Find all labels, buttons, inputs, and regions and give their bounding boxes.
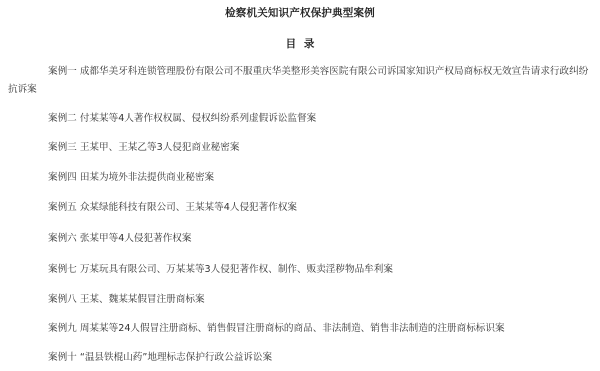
- case-item-3: 案例三 王某甲、王某乙等3人侵犯商业秘密案: [8, 139, 592, 157]
- case-title: 张某甲等4人侵犯著作权案: [80, 233, 192, 244]
- case-title: 田某为境外非法提供商业秘密案: [80, 172, 214, 183]
- case-item-9: 案例九 周某某等24人假冒注册商标、销售假冒注册商标的商品、非法制造、销售非法制…: [8, 320, 592, 338]
- case-label: 案例九: [28, 320, 77, 338]
- case-label: 案例一: [28, 63, 77, 81]
- case-title: 周某某等24人假冒注册商标、销售假冒注册商标的商品、非法制造、销售非法制造的注册…: [80, 323, 505, 334]
- case-title: 王某、魏某某假冒注册商标案: [80, 294, 205, 305]
- case-item-7: 案例七 万某玩具有限公司、万某某等3人侵犯著作权、制作、贩卖淫秽物品牟利案: [8, 261, 592, 279]
- case-item-4: 案例四 田某为境外非法提供商业秘密案: [8, 169, 592, 187]
- case-label: 案例七: [28, 261, 77, 279]
- case-label: 案例六: [28, 230, 77, 248]
- case-title: “温县铁棍山药”地理标志保护行政公益诉讼案: [80, 352, 272, 363]
- document-title: 检察机关知识产权保护典型案例: [0, 5, 600, 20]
- case-title: 付某某等4人著作权权属、侵权纠纷系列虚假诉讼监督案: [80, 113, 316, 124]
- case-item-5: 案例五 众某绿能科技有限公司、王某某等4人侵犯著作权案: [8, 199, 592, 217]
- case-label: 案例五: [28, 199, 77, 217]
- case-title: 万某玩具有限公司、万某某等3人侵犯著作权、制作、贩卖淫秽物品牟利案: [80, 264, 393, 275]
- case-item-6: 案例六 张某甲等4人侵犯著作权案: [8, 230, 592, 248]
- case-label: 案例二: [28, 110, 77, 128]
- case-item-1: 案例一 成都华美牙科连锁管理股份有限公司不服重庆华美整形美容医院有限公司诉国家知…: [8, 63, 592, 99]
- case-item-2: 案例二 付某某等4人著作权权属、侵权纠纷系列虚假诉讼监督案: [8, 110, 592, 128]
- case-label: 案例三: [28, 139, 77, 157]
- case-item-10: 案例十 “温县铁棍山药”地理标志保护行政公益诉讼案: [8, 349, 592, 367]
- case-title: 众某绿能科技有限公司、王某某等4人侵犯著作权案: [80, 202, 297, 213]
- table-of-contents-heading: 目 录: [0, 36, 600, 51]
- case-label: 案例八: [28, 291, 77, 309]
- case-title: 王某甲、王某乙等3人侵犯商业秘密案: [80, 142, 240, 153]
- case-label: 案例十: [28, 349, 77, 367]
- case-title: 成都华美牙科连锁管理股份有限公司不服重庆华美整形美容医院有限公司诉国家知识产权局…: [8, 66, 588, 95]
- case-item-8: 案例八 王某、魏某某假冒注册商标案: [8, 291, 592, 309]
- case-label: 案例四: [28, 169, 77, 187]
